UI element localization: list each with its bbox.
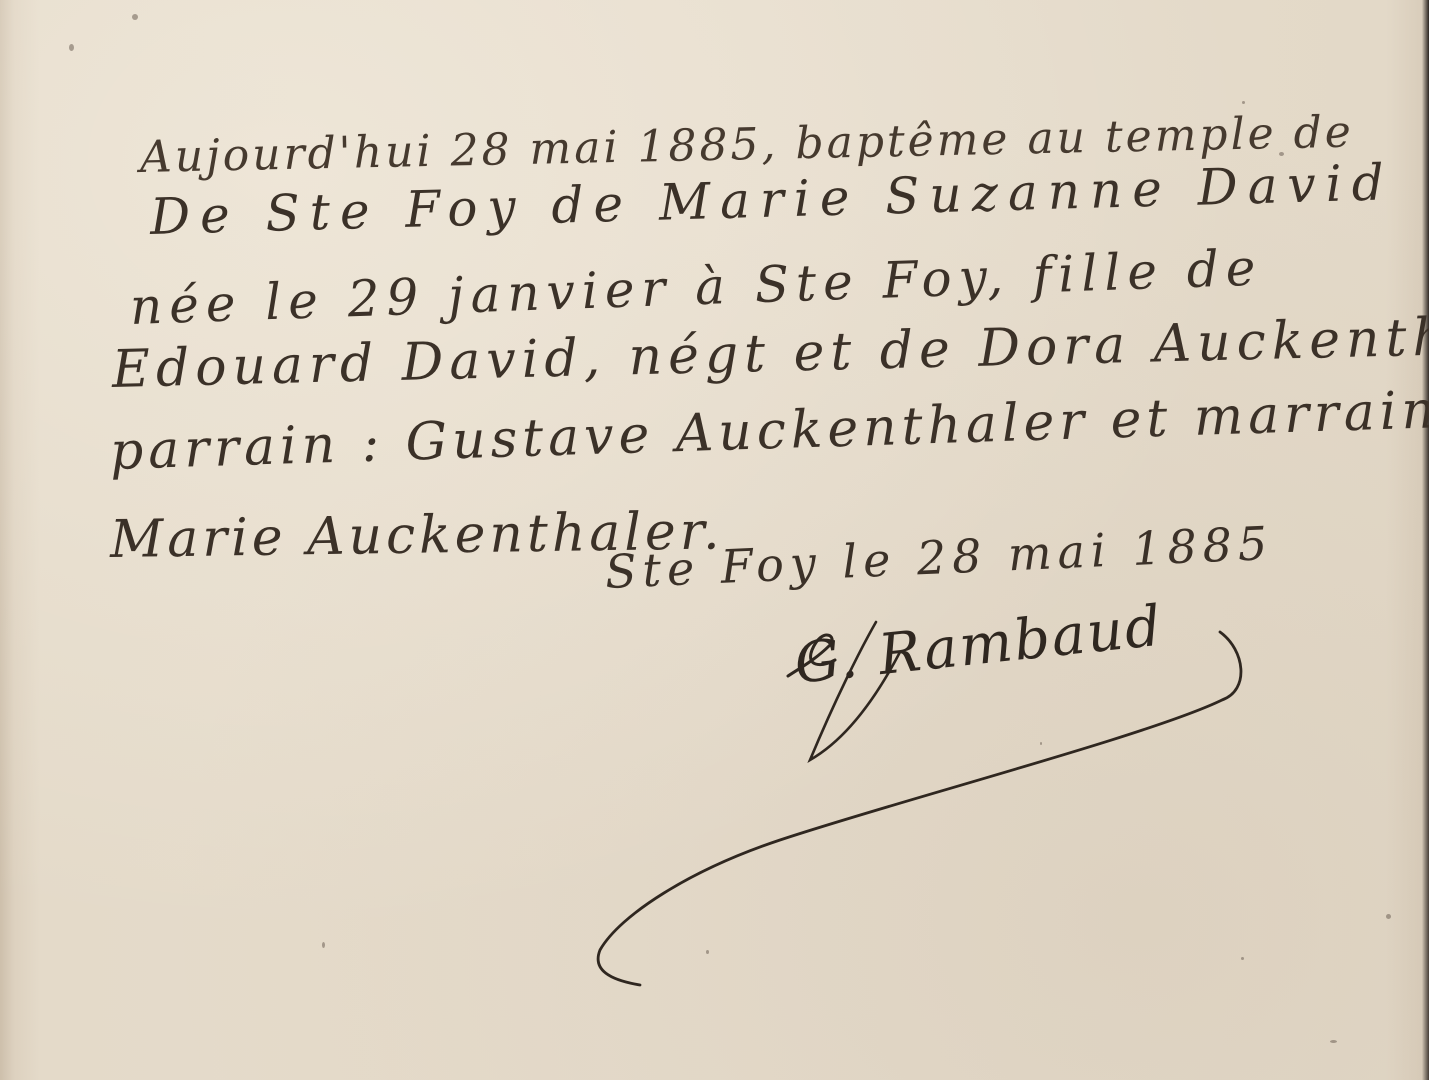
signature: G. Rambaud bbox=[792, 594, 1166, 697]
paper-speck bbox=[1386, 914, 1391, 919]
paper-speck bbox=[132, 14, 138, 20]
paper-speck bbox=[69, 44, 74, 51]
paper-speck bbox=[322, 942, 325, 948]
paper-speck bbox=[1330, 1040, 1337, 1043]
paper-speck bbox=[706, 950, 709, 954]
paper-speck bbox=[1241, 957, 1244, 960]
paper-speck bbox=[1040, 742, 1042, 745]
scanned-document-page: Aujourd'hui 28 mai 1885, baptême au temp… bbox=[0, 0, 1429, 1080]
paper-speck bbox=[1242, 101, 1245, 104]
